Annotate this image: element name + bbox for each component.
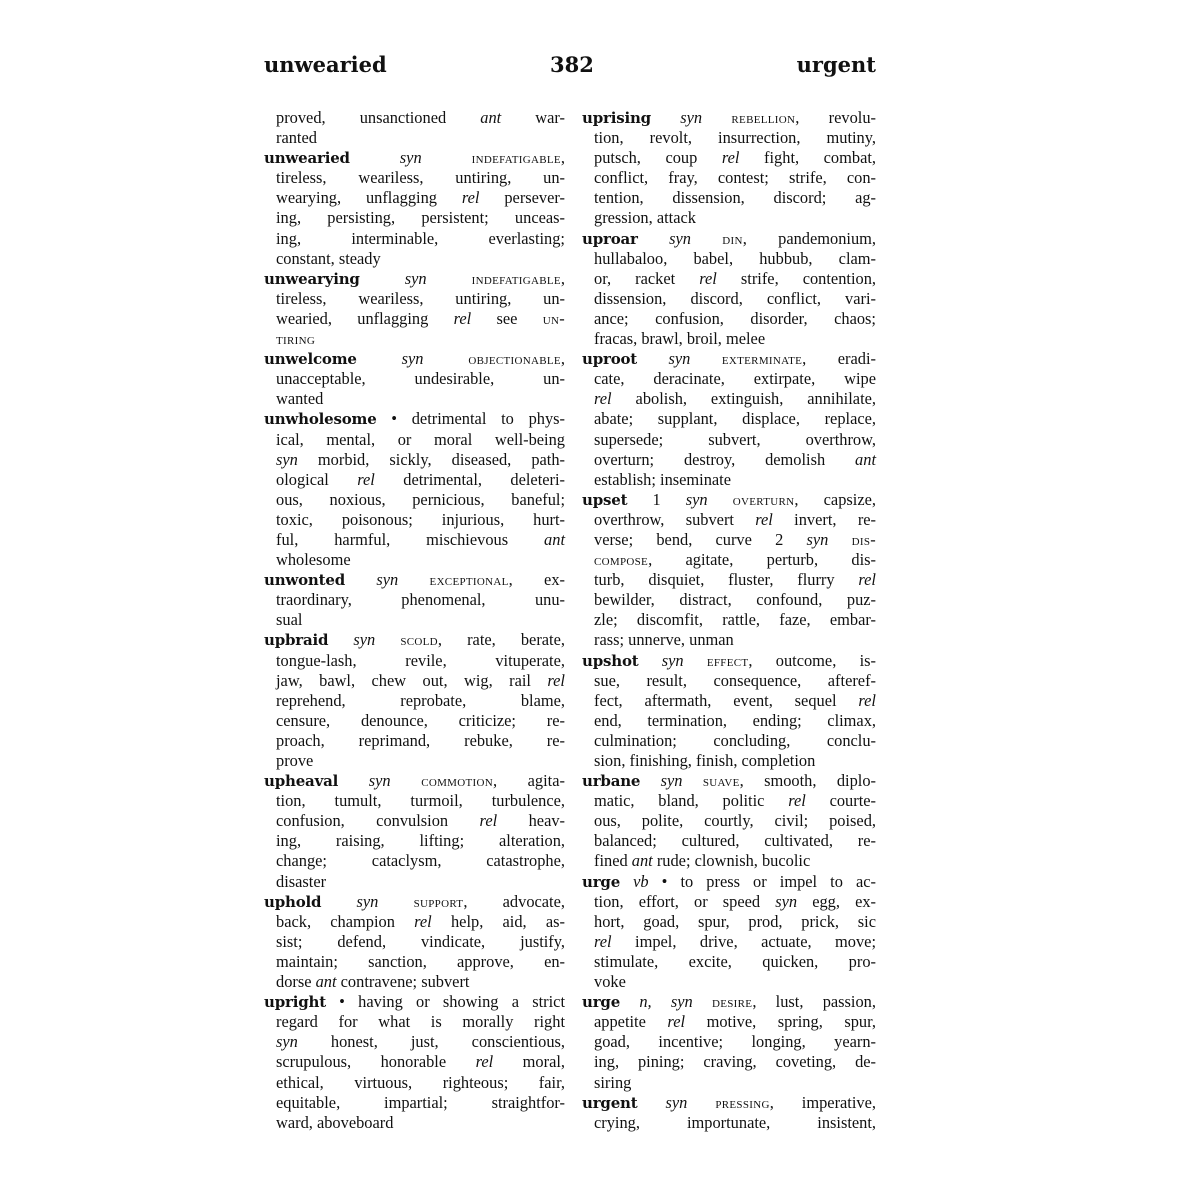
- text: honest, just, conscientious,: [298, 1032, 565, 1051]
- label: rel: [788, 791, 806, 810]
- headword: uphold: [264, 893, 321, 911]
- cross-reference: exterminate: [722, 349, 802, 368]
- entry-first-line: upset 1 syn overturn, capsize,: [582, 490, 876, 510]
- text: tion, tumult, turmoil, turbulence,: [276, 791, 565, 810]
- text: see: [471, 309, 543, 328]
- entry-line: goad, incentive; longing, yearn-: [582, 1032, 876, 1052]
- text: [620, 992, 639, 1011]
- guide-word-right: urgent: [797, 52, 876, 77]
- entry-line: maintain; sanction, approve, en-: [264, 952, 565, 972]
- entry-line: sion, finishing, finish, completion: [582, 751, 876, 771]
- headword: upset: [582, 491, 627, 509]
- cross-reference: dis-: [852, 530, 876, 549]
- text: [398, 570, 429, 589]
- entry-line: constant, steady: [264, 249, 565, 269]
- text: [350, 148, 400, 167]
- label: rel: [594, 932, 612, 951]
- text: [691, 229, 722, 248]
- text: ing, raising, lifting; alteration,: [276, 831, 565, 850]
- entry-first-line: urge n, syn desire, lust, passion,: [582, 992, 876, 1012]
- cross-reference: un-: [543, 309, 565, 328]
- text: gression, attack: [594, 208, 696, 227]
- entry-line: culmination; concluding, conclu-: [582, 731, 876, 751]
- entry-line: jaw, bawl, chew out, wig, rail rel: [264, 671, 565, 691]
- text: ful, harmful, mischievous: [276, 530, 544, 549]
- entry-line: tireless, weariless, untiring, un-: [264, 168, 565, 188]
- entry-line: dorse ant contravene; subvert: [264, 972, 565, 992]
- label: syn: [276, 1032, 298, 1051]
- entry-line: syn morbid, sickly, diseased, path-: [264, 450, 565, 470]
- text: fight, combat,: [739, 148, 876, 167]
- text: ,: [561, 349, 565, 368]
- cross-reference: indefatigable: [472, 269, 561, 288]
- headword: unwholesome: [264, 410, 377, 428]
- entry-line: gression, attack: [582, 208, 876, 228]
- label: ant: [632, 851, 653, 870]
- entry-first-line: unwonted syn exceptional, ex-: [264, 570, 565, 590]
- text: , imperative,: [770, 1093, 876, 1112]
- text: [391, 771, 422, 790]
- text: , pandemonium,: [743, 229, 876, 248]
- text: ous, noxious, pernicious, baneful;: [276, 490, 565, 509]
- entry-line: rel abolish, extinguish, annihilate,: [582, 389, 876, 409]
- text: matic, bland, politic: [594, 791, 788, 810]
- label: syn: [357, 892, 379, 911]
- label: syn: [402, 349, 424, 368]
- label: ant: [480, 108, 501, 127]
- entry-first-line: uproar syn din, pandemonium,: [582, 229, 876, 249]
- entry-line: traordinary, phenomenal, unu-: [264, 590, 565, 610]
- text: change; cataclysm, catastrophe,: [276, 851, 565, 870]
- cross-reference: pressing: [715, 1093, 769, 1112]
- text: confusion, convulsion: [276, 811, 480, 830]
- headword: uproar: [582, 230, 638, 248]
- entry-line: ing, persisting, persistent; unceas-: [264, 208, 565, 228]
- text: courte-: [806, 791, 876, 810]
- text: [640, 771, 660, 790]
- label: syn: [669, 349, 691, 368]
- text: voke: [594, 972, 626, 991]
- text: abate; supplant, displace, replace,: [594, 409, 876, 428]
- headword: unwonted: [264, 571, 345, 589]
- entry-line: tongue-lash, revile, vituperate,: [264, 651, 565, 671]
- label: rel: [594, 389, 612, 408]
- text: fect, aftermath, event, sequel: [594, 691, 858, 710]
- text: establish; inseminate: [594, 470, 731, 489]
- entry-line: or, racket rel strife, contention,: [582, 269, 876, 289]
- text: putsch, coup: [594, 148, 722, 167]
- entry-line: sue, result, consequence, afteref-: [582, 671, 876, 691]
- entry-line: reprehend, reprobate, blame,: [264, 691, 565, 711]
- text: [828, 530, 851, 549]
- text: [427, 269, 472, 288]
- entry-line: confusion, convulsion rel heav-: [264, 811, 565, 831]
- entry-line: toxic, poisonous; injurious, hurt-: [264, 510, 565, 530]
- entry-first-line: uphold syn support, advocate,: [264, 892, 565, 912]
- label: syn: [661, 771, 683, 790]
- text: , revolu-: [795, 108, 876, 127]
- text: proved, unsanctioned: [276, 108, 480, 127]
- entry-line: ical, mental, or moral well-being: [264, 430, 565, 450]
- entry-line: fect, aftermath, event, sequel rel: [582, 691, 876, 711]
- text: disaster: [276, 872, 326, 891]
- text: 1: [627, 490, 685, 509]
- text: ,: [561, 269, 565, 288]
- entry-line: hort, goad, spur, prod, prick, sic: [582, 912, 876, 932]
- text: [423, 349, 468, 368]
- text: traordinary, phenomenal, unu-: [276, 590, 565, 609]
- entry-line: supersede; subvert, overthrow,: [582, 430, 876, 450]
- label: rel: [462, 188, 480, 207]
- text: , rate, berate,: [438, 630, 565, 649]
- entry-line: overthrow, subvert rel invert, re-: [582, 510, 876, 530]
- entry-line: wearied, unflagging rel see un-: [264, 309, 565, 329]
- entry-line: crying, importunate, insistent,: [582, 1113, 876, 1133]
- text: sion, finishing, finish, completion: [594, 751, 815, 770]
- text: crying, importunate, insistent,: [594, 1113, 876, 1132]
- cross-reference: exceptional: [430, 570, 509, 589]
- text: tongue-lash, revile, vituperate,: [276, 651, 565, 670]
- text: ical, mental, or moral well-being: [276, 430, 565, 449]
- text: [684, 651, 707, 670]
- label: syn: [405, 269, 427, 288]
- label: syn: [665, 1093, 687, 1112]
- headword: upshot: [582, 652, 638, 670]
- text: [338, 771, 369, 790]
- entry-line: proved, unsanctioned ant war-: [264, 108, 565, 128]
- cross-reference: support: [414, 892, 464, 911]
- text: [378, 892, 413, 911]
- text: [638, 229, 669, 248]
- entry-line: sist; defend, vindicate, justify,: [264, 932, 565, 952]
- entry-line: tion, tumult, turmoil, turbulence,: [264, 791, 565, 811]
- cross-reference: rebellion: [731, 108, 795, 127]
- entry-first-line: unwearied syn indefatigable,: [264, 148, 565, 168]
- label: rel: [480, 811, 498, 830]
- text: • detrimental to phys-: [377, 409, 565, 428]
- entry-first-line: uproot syn exterminate, eradi-: [582, 349, 876, 369]
- text: [690, 349, 721, 368]
- entry-line: syn honest, just, conscientious,: [264, 1032, 565, 1052]
- text: , lust, passion,: [752, 992, 876, 1011]
- entry-first-line: upright • having or showing a strict: [264, 992, 565, 1012]
- entry-line: ethical, virtuous, righteous; fair,: [264, 1073, 565, 1093]
- cross-reference: scold: [400, 630, 438, 649]
- cross-reference: compose: [594, 550, 648, 569]
- text: strife, contention,: [717, 269, 876, 288]
- headword: unwelcome: [264, 350, 357, 368]
- entry-line: ous, noxious, pernicious, baneful;: [264, 490, 565, 510]
- entry-first-line: unwearying syn indefatigable,: [264, 269, 565, 289]
- text: ous, polite, courtly, civil; poised,: [594, 811, 876, 830]
- entry-line: ological rel detrimental, deleteri-: [264, 470, 565, 490]
- label: ant: [855, 450, 876, 469]
- text: proach, reprimand, rebuke, re-: [276, 731, 565, 750]
- text: sist; defend, vindicate, justify,: [276, 932, 565, 951]
- text: equitable, impartial; straightfor-: [276, 1093, 565, 1112]
- headword: urbane: [582, 772, 640, 790]
- text: culmination; concluding, conclu-: [594, 731, 876, 750]
- entry-line: ward, aboveboard: [264, 1113, 565, 1133]
- entry-first-line: upheaval syn commotion, agita-: [264, 771, 565, 791]
- text: [687, 1093, 715, 1112]
- entry-line: tention, dissension, discord; ag-: [582, 188, 876, 208]
- label: rel: [699, 269, 717, 288]
- label: n,: [639, 992, 651, 1011]
- text: invert, re-: [773, 510, 876, 529]
- text: overturn; destroy, demolish: [594, 450, 855, 469]
- entry-line: scrupulous, honorable rel moral,: [264, 1052, 565, 1072]
- cross-reference: tiring: [276, 329, 315, 348]
- entry-line: matic, bland, politic rel courte-: [582, 791, 876, 811]
- text: censure, denounce, criticize; re-: [276, 711, 565, 730]
- text: siring: [594, 1073, 631, 1092]
- text: tireless, weariless, untiring, un-: [276, 168, 565, 187]
- text: bewilder, distract, confound, puz-: [594, 590, 876, 609]
- label: rel: [547, 671, 565, 690]
- label: syn: [686, 490, 708, 509]
- text: reprehend, reprobate, blame,: [276, 691, 565, 710]
- text: • to press or impel to ac-: [649, 872, 876, 891]
- text: wearying, unflagging: [276, 188, 462, 207]
- text: , capsize,: [794, 490, 876, 509]
- text: [357, 349, 402, 368]
- entry-line: abate; supplant, displace, replace,: [582, 409, 876, 429]
- text: scrupulous, honorable: [276, 1052, 476, 1071]
- entry-first-line: unwholesome • detrimental to phys-: [264, 409, 565, 429]
- entry-line: zle; discomfit, rattle, faze, embar-: [582, 610, 876, 630]
- text: morbid, sickly, diseased, path-: [298, 450, 565, 469]
- text: appetite: [594, 1012, 667, 1031]
- text: maintain; sanction, approve, en-: [276, 952, 565, 971]
- text: hort, goad, spur, prod, prick, sic: [594, 912, 876, 931]
- label: syn: [376, 570, 398, 589]
- entry-line: bewilder, distract, confound, puz-: [582, 590, 876, 610]
- entry-line: unacceptable, undesirable, un-: [264, 369, 565, 389]
- text: [345, 570, 376, 589]
- text: [360, 269, 405, 288]
- label: ant: [544, 530, 565, 549]
- label: rel: [357, 470, 375, 489]
- dictionary-page: unwearied 382 urgent proved, unsanctione…: [0, 0, 1200, 1200]
- entry-line: sual: [264, 610, 565, 630]
- text: impel, drive, actuate, move;: [612, 932, 876, 951]
- text: motive, spring, spur,: [685, 1012, 876, 1031]
- entry-line: appetite rel motive, spring, spur,: [582, 1012, 876, 1032]
- entry-line: dissension, discord, conflict, vari-: [582, 289, 876, 309]
- text: end, termination, ending; climax,: [594, 711, 876, 730]
- entry-line: verse; bend, curve 2 syn dis-: [582, 530, 876, 550]
- headword: unwearying: [264, 270, 360, 288]
- text: constant, steady: [276, 249, 381, 268]
- entry-first-line: upbraid syn scold, rate, berate,: [264, 630, 565, 650]
- text: [651, 108, 680, 127]
- entry-line: wholesome: [264, 550, 565, 570]
- cross-reference: indefatigable: [472, 148, 561, 167]
- entry-first-line: urge vb • to press or impel to ac-: [582, 872, 876, 892]
- text: [620, 872, 633, 891]
- text: wearied, unflagging: [276, 309, 454, 328]
- text: unacceptable, undesirable, un-: [276, 369, 565, 388]
- label: rel: [476, 1052, 494, 1071]
- text: [328, 630, 353, 649]
- entry-line: tiring: [264, 329, 565, 349]
- label: rel: [667, 1012, 685, 1031]
- text: conflict, fray, contest; strife, con-: [594, 168, 876, 187]
- headword: upheaval: [264, 772, 338, 790]
- text: , smooth, diplo-: [740, 771, 876, 790]
- text: , outcome, is-: [748, 651, 876, 670]
- entry-line: establish; inseminate: [582, 470, 876, 490]
- headword: urge: [582, 873, 620, 891]
- text: [638, 651, 661, 670]
- text: ing, interminable, everlasting;: [276, 229, 565, 248]
- label: syn: [669, 229, 691, 248]
- cross-reference: objectionable: [468, 349, 561, 368]
- text: ,: [561, 148, 565, 167]
- text: ranted: [276, 128, 317, 147]
- label: syn: [775, 892, 797, 911]
- text: verse; bend, curve 2: [594, 530, 807, 549]
- cross-reference: effect: [707, 651, 749, 670]
- entry-line: overturn; destroy, demolish ant: [582, 450, 876, 470]
- running-head: unwearied 382 urgent: [264, 52, 876, 84]
- cross-reference: overturn: [733, 490, 795, 509]
- label: rel: [414, 912, 432, 931]
- text: turb, disquiet, fluster, flurry: [594, 570, 858, 589]
- text: [375, 630, 400, 649]
- text: abolish, extinguish, annihilate,: [612, 389, 876, 408]
- label: rel: [858, 691, 876, 710]
- text: balanced; cultured, cultivated, re-: [594, 831, 876, 850]
- text: dissension, discord, conflict, vari-: [594, 289, 876, 308]
- entry-line: fined ant rude; clownish, bucolic: [582, 851, 876, 871]
- entry-line: tireless, weariless, untiring, un-: [264, 289, 565, 309]
- text: ing, pining; craving, coveting, de-: [594, 1052, 876, 1071]
- text: prove: [276, 751, 313, 770]
- entry-line: tion, effort, or speed syn egg, ex-: [582, 892, 876, 912]
- text: [702, 108, 731, 127]
- left-column: proved, unsanctioned ant war-rantedunwea…: [264, 108, 565, 1133]
- text: supersede; subvert, overthrow,: [594, 430, 876, 449]
- text: egg, ex-: [797, 892, 876, 911]
- entry-line: ing, pining; craving, coveting, de-: [582, 1052, 876, 1072]
- entry-line: fracas, brawl, broil, melee: [582, 329, 876, 349]
- text: fracas, brawl, broil, melee: [594, 329, 765, 348]
- text: rude; clownish, bucolic: [653, 851, 811, 870]
- text: [652, 992, 671, 1011]
- text: , agitate, perturb, dis-: [648, 550, 876, 569]
- entry-line: hullabaloo, babel, hubbub, clam-: [582, 249, 876, 269]
- text: [683, 771, 703, 790]
- entry-first-line: urbane syn suave, smooth, diplo-: [582, 771, 876, 791]
- entry-line: ing, interminable, everlasting;: [264, 229, 565, 249]
- text: back, champion: [276, 912, 414, 931]
- label: syn: [807, 530, 829, 549]
- text: regard for what is morally right: [276, 1012, 565, 1031]
- entry-line: siring: [582, 1073, 876, 1093]
- text: [637, 1093, 665, 1112]
- entry-line: turb, disquiet, fluster, flurry rel: [582, 570, 876, 590]
- text: tion, effort, or speed: [594, 892, 775, 911]
- headword: uproot: [582, 350, 637, 368]
- text: rass; unnerve, unman: [594, 630, 734, 649]
- label: syn: [369, 771, 391, 790]
- text: ological: [276, 470, 357, 489]
- text: help, aid, as-: [432, 912, 565, 931]
- right-column: uprising syn rebellion, revolu-tion, rev…: [582, 108, 876, 1133]
- headword: upright: [264, 993, 326, 1011]
- cross-reference: din: [722, 229, 742, 248]
- entry-line: putsch, coup rel fight, combat,: [582, 148, 876, 168]
- text: war-: [501, 108, 565, 127]
- text: , agita-: [493, 771, 565, 790]
- headword: urge: [582, 993, 620, 1011]
- text: ing, persisting, persistent; unceas-: [276, 208, 565, 227]
- label: syn: [353, 630, 375, 649]
- text: wholesome: [276, 550, 351, 569]
- text: heav-: [497, 811, 565, 830]
- guide-word-left: unwearied: [264, 52, 387, 77]
- entry-line: censure, denounce, criticize; re-: [264, 711, 565, 731]
- text: ward, aboveboard: [276, 1113, 393, 1132]
- entry-line: conflict, fray, contest; strife, con-: [582, 168, 876, 188]
- text: wanted: [276, 389, 323, 408]
- label: syn: [276, 450, 298, 469]
- entry-line: wanted: [264, 389, 565, 409]
- text: goad, incentive; longing, yearn-: [594, 1032, 876, 1051]
- text: or, racket: [594, 269, 699, 288]
- entry-line: equitable, impartial; straightfor-: [264, 1093, 565, 1113]
- label: ant: [316, 972, 337, 991]
- label: rel: [722, 148, 740, 167]
- text: fined: [594, 851, 632, 870]
- text: sue, result, consequence, afteref-: [594, 671, 876, 690]
- text: [422, 148, 472, 167]
- text: ance; confusion, disorder, chaos;: [594, 309, 876, 328]
- headword: urgent: [582, 1094, 637, 1112]
- entry-line: tion, revolt, insurrection, mutiny,: [582, 128, 876, 148]
- text: contravene; subvert: [337, 972, 470, 991]
- entry-line: ing, raising, lifting; alteration,: [264, 831, 565, 851]
- text: sual: [276, 610, 302, 629]
- label: syn: [662, 651, 684, 670]
- label: rel: [454, 309, 472, 328]
- entry-line: ous, polite, courtly, civil; poised,: [582, 811, 876, 831]
- entry-line: compose, agitate, perturb, dis-: [582, 550, 876, 570]
- text: stimulate, excite, quicken, pro-: [594, 952, 876, 971]
- label: syn: [680, 108, 702, 127]
- text: • having or showing a strict: [326, 992, 565, 1011]
- text: [321, 892, 356, 911]
- text: [693, 992, 712, 1011]
- text: jaw, bawl, chew out, wig, rail: [276, 671, 547, 690]
- text: dorse: [276, 972, 316, 991]
- text: detrimental, deleteri-: [375, 470, 565, 489]
- text: moral,: [493, 1052, 565, 1071]
- cross-reference: commotion: [421, 771, 493, 790]
- entry-first-line: upshot syn effect, outcome, is-: [582, 651, 876, 671]
- headword: unwearied: [264, 149, 350, 167]
- text: tention, dissension, discord; ag-: [594, 188, 876, 207]
- text: ethical, virtuous, righteous; fair,: [276, 1073, 565, 1092]
- entry-line: disaster: [264, 872, 565, 892]
- entry-line: voke: [582, 972, 876, 992]
- entry-line: ance; confusion, disorder, chaos;: [582, 309, 876, 329]
- entry-line: wearying, unflagging rel persever-: [264, 188, 565, 208]
- page-number: 382: [550, 52, 594, 77]
- headword: uprising: [582, 109, 651, 127]
